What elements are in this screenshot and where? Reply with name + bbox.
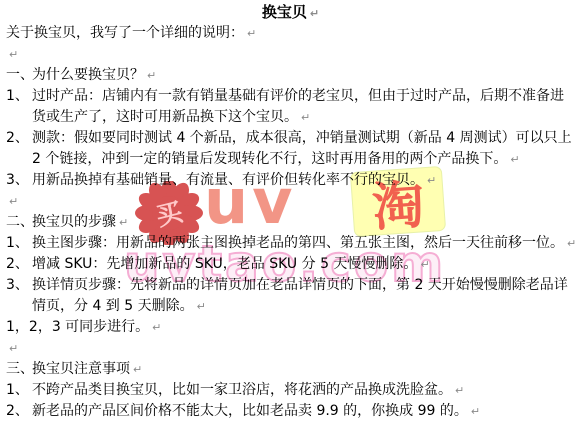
paragraph-mark-icon: ↵: [133, 363, 142, 376]
text-line: 情页，分 4 到 5 天删除。↵: [0, 296, 581, 317]
list-number: 三、: [6, 359, 32, 380]
text-line: ↵: [0, 338, 581, 359]
paragraph-mark-icon: ↵: [427, 174, 436, 187]
line-text: 换详情页步骤：先将新品的详情页加在老品详情页的下面，第 2 天开始慢慢删除老品详: [32, 277, 568, 293]
paragraph-mark-icon: ↵: [147, 69, 156, 82]
document-title: 换宝贝↵: [0, 2, 581, 23]
list-number: 2、: [6, 128, 32, 149]
paragraph-mark-icon: ↵: [310, 7, 319, 20]
line-text: 换主图步骤：用新品的两张主图换掉老品的第四、第五张主图，然后一天往前移一位。: [32, 235, 564, 251]
paragraph-mark-icon: ↵: [9, 48, 18, 61]
text-line: 2、测款：假如要同时测试 4 个新品，成本很高，冲销量测试期（新品 4 周测试）…: [0, 128, 581, 149]
text-line: 二、换宝贝的步骤↵: [0, 212, 581, 233]
list-number: 1、: [6, 233, 32, 254]
paragraph-mark-icon: ↵: [119, 216, 128, 229]
paragraph-mark-icon: ↵: [567, 237, 576, 250]
text-line: 2、增减 SKU：先增加新品的 SKU，老品 SKU 分 5 天慢慢删除。↵: [0, 254, 581, 275]
text-line: 关于换宝贝，我写了一个详细的说明：↵: [0, 23, 581, 44]
text-line: 一、为什么要换宝贝？↵: [0, 65, 581, 86]
text-line: 1、不跨产品类目换宝贝，比如一家卫浴店，将花洒的产品换成洗脸盆。↵: [0, 380, 581, 401]
text-line: 2 个链接，冲到一定的销量后发现转化不行，这时再用备用的两个产品换下。↵: [0, 149, 581, 170]
paragraph-mark-icon: ↵: [301, 111, 310, 124]
line-text: 2 个链接，冲到一定的销量后发现转化不行，这时再用备用的两个产品换下。: [32, 151, 507, 167]
text-line: 三、换宝贝注意事项↵: [0, 359, 581, 380]
line-text: 换宝贝的步骤: [32, 214, 116, 230]
line-text: 过时产品：店铺内有一款有销量基础有评价的老宝贝，但由于过时产品，后期不准备进: [32, 88, 564, 104]
line-text: 测款：假如要同时测试 4 个新品，成本很高，冲销量测试期（新品 4 周测试）可以…: [32, 130, 572, 146]
paragraph-mark-icon: ↵: [247, 27, 256, 40]
line-text: 增减 SKU：先增加新品的 SKU，老品 SKU 分 5 天慢慢删除。: [32, 256, 417, 272]
line-text: 用新品换掉有基础销量、有流量、有评价但转化率不行的宝贝。: [32, 172, 424, 188]
line-text: 情页，分 4 到 5 天删除。: [32, 298, 194, 314]
text-line: 3、用新品换掉有基础销量、有流量、有评价但转化率不行的宝贝。↵: [0, 170, 581, 191]
paragraph-mark-icon: ↵: [152, 321, 161, 334]
list-number: 二、: [6, 212, 32, 233]
line-text: 不跨产品类目换宝贝，比如一家卫浴店，将花洒的产品换成洗脸盆。: [32, 382, 452, 398]
line-text: 换宝贝注意事项: [32, 361, 130, 377]
paragraph-mark-icon: ↵: [510, 153, 519, 166]
paragraph-mark-icon: ↵: [197, 300, 206, 313]
list-number: 2、: [6, 401, 32, 422]
text-line: 1、换主图步骤：用新品的两张主图换掉老品的第四、第五张主图，然后一天往前移一位。…: [0, 233, 581, 254]
text-line: 1，2，3 可同步进行。↵: [0, 317, 581, 338]
document-page: 买 uv 淘 uvtao.com 换宝贝↵关于换宝贝，我写了一个详细的说明：↵↵…: [0, 0, 581, 432]
line-text: 为什么要换宝贝？: [32, 67, 144, 83]
text-line: 2、新老品的产品区间价格不能太大，比如老品卖 9.9 的，你换成 99 的。↵: [0, 401, 581, 422]
line-text: 新老品的产品区间价格不能太大，比如老品卖 9.9 的，你换成 99 的。: [32, 403, 468, 419]
paragraph-mark-icon: ↵: [9, 342, 18, 355]
text-line: ↵: [0, 44, 581, 65]
paragraph-mark-icon: ↵: [9, 195, 18, 208]
list-number: 1、: [6, 380, 32, 401]
list-number: 1、: [6, 86, 32, 107]
paragraph-mark-icon: ↵: [471, 405, 480, 418]
paragraph-mark-icon: ↵: [455, 384, 464, 397]
line-text: 1，2，3 可同步进行。: [6, 319, 149, 335]
list-number: 一、: [6, 65, 32, 86]
list-number: 3、: [6, 275, 32, 296]
text-line: ↵: [0, 191, 581, 212]
document-body: 换宝贝↵关于换宝贝，我写了一个详细的说明：↵↵一、为什么要换宝贝？↵1、过时产品…: [0, 0, 581, 422]
list-number: 2、: [6, 254, 32, 275]
paragraph-mark-icon: ↵: [420, 258, 429, 271]
list-number: 3、: [6, 170, 32, 191]
text-line: 货或生产了，这时可用新品换下这个宝贝。↵: [0, 107, 581, 128]
text-line: 1、过时产品：店铺内有一款有销量基础有评价的老宝贝，但由于过时产品，后期不准备进: [0, 86, 581, 107]
line-text: 货或生产了，这时可用新品换下这个宝贝。: [32, 109, 298, 125]
line-text: 关于换宝贝，我写了一个详细的说明：: [6, 25, 244, 41]
line-text: 换宝贝: [262, 3, 307, 21]
text-line: 3、换详情页步骤：先将新品的详情页加在老品详情页的下面，第 2 天开始慢慢删除老…: [0, 275, 581, 296]
